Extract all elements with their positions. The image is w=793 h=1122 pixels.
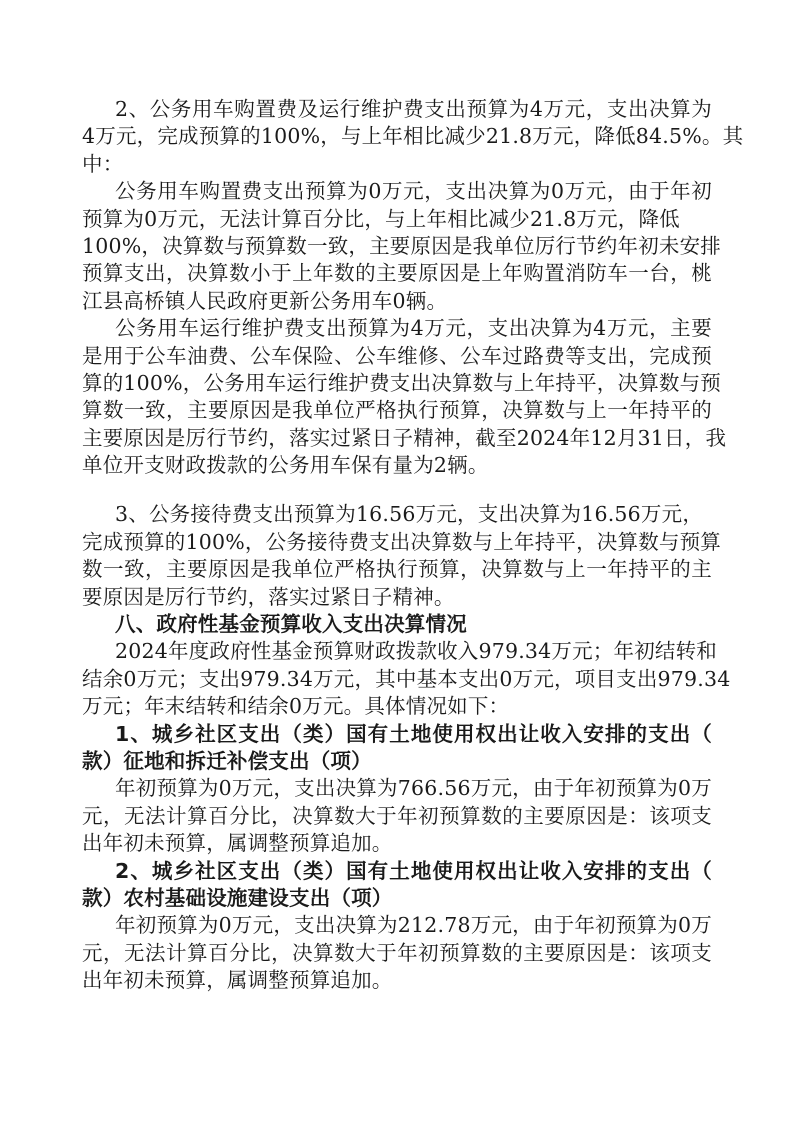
text-line: 万元；年末结转和结余0万元。具体情况如下： (82, 693, 712, 720)
text-line: 3、公务接待费支出预算为16.56万元，支出决算为16.56万元， (82, 501, 712, 528)
text-line: 中： (82, 151, 712, 178)
text-line: 100%，决算数与预算数一致，主要原因是我单位厉行节约年初未安排 (82, 233, 712, 260)
text-line: 结余0万元；支出979.34万元，其中基本支出0万元，项目支出979.34 (82, 666, 712, 693)
text-line: 公务用车运行维护费支出预算为4万元，支出决算为4万元，主要 (82, 315, 712, 342)
text-line: 元，无法计算百分比，决算数大于年初预算数的主要原因是：该项支 (82, 803, 712, 830)
heading-text: 1、城乡社区支出（类）国有土地使用权出让收入安排的支出（ (82, 721, 712, 748)
item-2-heading: 2、城乡社区支出（类）国有土地使用权出让收入安排的支出（ 款）农村基础设施建设支… (82, 858, 712, 913)
text-line: 出年初未预算，属调整预算追加。 (82, 967, 712, 994)
text-line: 江县高桥镇人民政府更新公务用车0辆。 (82, 288, 712, 315)
document-page: 2、公务用车购置费及运行维护费支出预算为4万元，支出决算为 4万元，完成预算的1… (82, 96, 712, 995)
heading-text: 款）征地和拆迁补偿支出（项） (82, 748, 712, 775)
paragraph-spacer (82, 479, 712, 501)
section-heading-government-fund: 八、政府性基金预算收入支出决算情况 (82, 611, 712, 638)
text-line: 出年初未预算，属调整预算追加。 (82, 830, 712, 857)
text-line: 算的100%，公务用车运行维护费支出决算数与上年持平，决算数与预 (82, 370, 712, 397)
text-line: 完成预算的100%，公务接待费支出决算数与上年持平，决算数与预算 (82, 529, 712, 556)
text-line: 预算支出，决算数小于上年数的主要原因是上年购置消防车一台，桃 (82, 260, 712, 287)
paragraph-vehicle-expense-summary: 2、公务用车购置费及运行维护费支出预算为4万元，支出决算为 4万元，完成预算的1… (82, 96, 712, 178)
text-line: 年初预算为0万元，支出决算为766.56万元，由于年初预算为0万 (82, 775, 712, 802)
text-line: 主要原因是厉行节约，落实过紧日子精神，截至2024年12月31日，我 (82, 425, 712, 452)
text-line: 预算为0万元，无法计算百分比，与上年相比减少21.8万元，降低 (82, 206, 712, 233)
text-line: 算数一致，主要原因是我单位严格执行预算，决算数与上一年持平的 (82, 397, 712, 424)
heading-text: 款）农村基础设施建设支出（项） (82, 885, 712, 912)
text-line: 要原因是厉行节约，落实过紧日子精神。 (82, 584, 712, 611)
heading-text: 八、政府性基金预算收入支出决算情况 (82, 611, 712, 638)
text-line: 2、公务用车购置费及运行维护费支出预算为4万元，支出决算为 (82, 96, 712, 123)
item-1-body: 年初预算为0万元，支出决算为766.56万元，由于年初预算为0万 元，无法计算百… (82, 775, 712, 857)
text-line: 2024年度政府性基金预算财政拨款收入979.34万元；年初结转和 (82, 638, 712, 665)
text-line: 公务用车购置费支出预算为0万元，支出决算为0万元，由于年初 (82, 178, 712, 205)
heading-text: 2、城乡社区支出（类）国有土地使用权出让收入安排的支出（ (82, 858, 712, 885)
item-1-heading: 1、城乡社区支出（类）国有土地使用权出让收入安排的支出（ 款）征地和拆迁补偿支出… (82, 721, 712, 776)
text-line: 数一致，主要原因是我单位严格执行预算，决算数与上一年持平的主 (82, 556, 712, 583)
text-line: 是用于公车油费、公车保险、公车维修、公车过路费等支出，完成预 (82, 343, 712, 370)
text-line: 元，无法计算百分比，决算数大于年初预算数的主要原因是：该项支 (82, 940, 712, 967)
paragraph-vehicle-maintenance: 公务用车运行维护费支出预算为4万元，支出决算为4万元，主要 是用于公车油费、公车… (82, 315, 712, 479)
paragraph-fund-summary: 2024年度政府性基金预算财政拨款收入979.34万元；年初结转和 结余0万元；… (82, 638, 712, 720)
text-line: 单位开支财政拨款的公务用车保有量为2辆。 (82, 452, 712, 479)
text-line: 4万元，完成预算的100%，与上年相比减少21.8万元，降低84.5%。其 (82, 123, 712, 150)
item-2-body: 年初预算为0万元，支出决算为212.78万元，由于年初预算为0万 元，无法计算百… (82, 912, 712, 994)
paragraph-vehicle-purchase: 公务用车购置费支出预算为0万元，支出决算为0万元，由于年初 预算为0万元，无法计… (82, 178, 712, 315)
paragraph-reception-expense: 3、公务接待费支出预算为16.56万元，支出决算为16.56万元， 完成预算的1… (82, 501, 712, 611)
text-line: 年初预算为0万元，支出决算为212.78万元，由于年初预算为0万 (82, 912, 712, 939)
